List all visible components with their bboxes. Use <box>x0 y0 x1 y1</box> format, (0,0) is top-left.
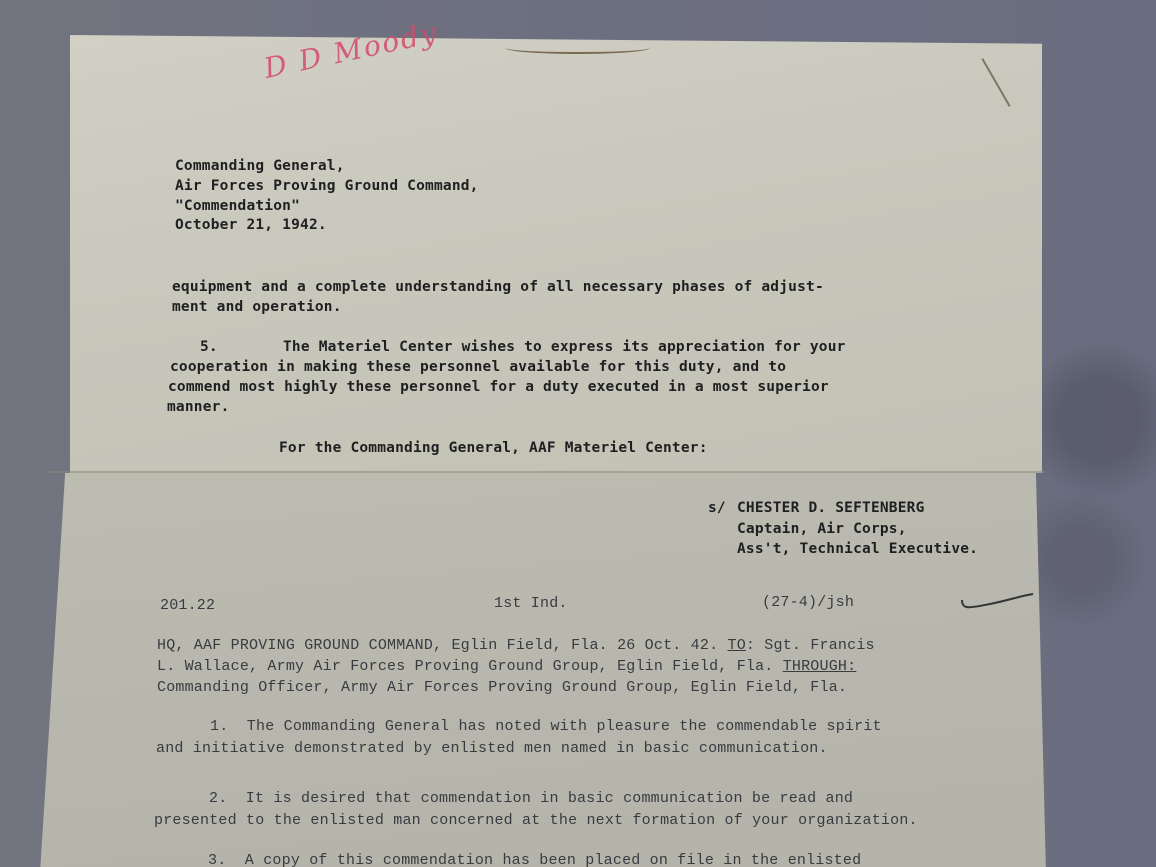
closing-line: For the Commanding General, AAF Materiel… <box>279 440 708 456</box>
header-date: October 21, 1942. <box>175 217 327 233</box>
paragraph-line: presented to the enlisted man concerned … <box>154 812 918 829</box>
address-line: L. Wallace, Army Air Forces Proving Grou… <box>157 658 856 675</box>
through-label: THROUGH: <box>783 658 857 675</box>
document-paper <box>40 0 1040 867</box>
body-line: equipment and a complete understanding o… <box>172 279 824 295</box>
paragraph-number: 5. <box>200 339 218 355</box>
paragraph-line: 2. It is desired that commendation in ba… <box>209 790 853 807</box>
file-number: 201.22 <box>160 597 215 614</box>
signature-rank: Captain, Air Corps, <box>737 521 907 537</box>
body-line: ment and operation. <box>172 299 342 315</box>
paragraph-line: cooperation in making these personnel av… <box>170 359 786 375</box>
header-line: Commanding General, <box>175 158 345 174</box>
paragraph-line: and initiative demonstrated by enlisted … <box>156 740 828 757</box>
header-line: "Commendation" <box>175 198 300 214</box>
address-line: Commanding Officer, Army Air Forces Prov… <box>157 679 847 696</box>
address-text: : Sgt. Francis <box>746 637 875 654</box>
address-text: HQ, AAF PROVING GROUND COMMAND, Eglin Fi… <box>157 637 728 654</box>
fold-line <box>50 471 1045 473</box>
to-label: TO <box>728 637 746 654</box>
address-text: L. Wallace, Army Air Forces Proving Grou… <box>157 658 783 675</box>
paper-tear <box>505 42 650 54</box>
signature-title: Ass't, Technical Executive. <box>737 541 978 557</box>
address-line: HQ, AAF PROVING GROUND COMMAND, Eglin Fi… <box>157 637 875 654</box>
signature-prefix: s/ <box>708 500 726 516</box>
paragraph-line: The Materiel Center wishes to express it… <box>283 339 846 355</box>
indorsement-label: 1st Ind. <box>494 595 568 612</box>
reference-code: (27-4)/jsh <box>762 594 854 611</box>
paragraph-line: commend most highly these personnel for … <box>168 379 829 395</box>
checkmark-icon <box>960 592 1035 612</box>
paragraph-line: 3. A copy of this commendation has been … <box>208 852 861 867</box>
paragraph-line: manner. <box>167 399 230 415</box>
signature-name: CHESTER D. SEFTENBERG <box>737 500 925 516</box>
paragraph-line: 1. The Commanding General has noted with… <box>210 718 882 735</box>
header-line: Air Forces Proving Ground Command, <box>175 178 479 194</box>
